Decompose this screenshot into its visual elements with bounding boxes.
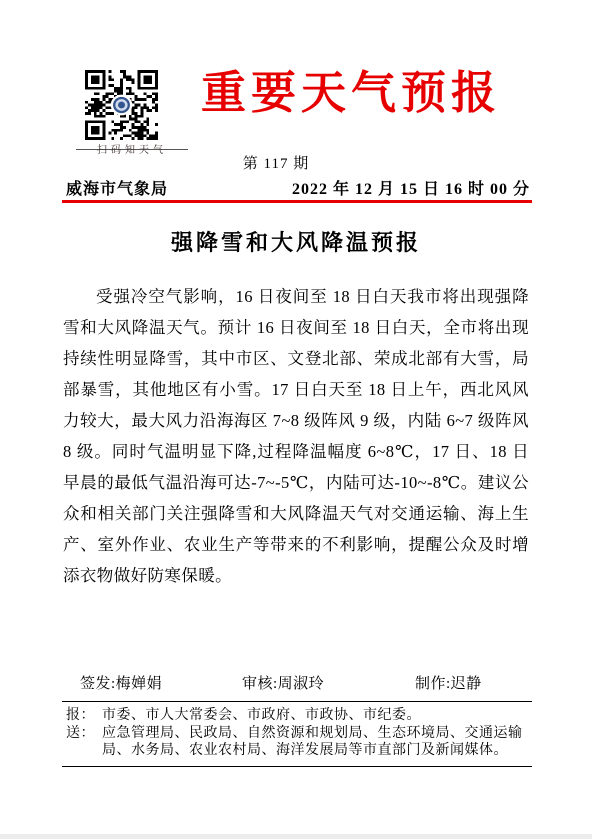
signoff-producer: 制作:迟静: [415, 672, 482, 693]
masthead-title: 重要天气预报: [162, 68, 540, 120]
forecast-title: 强降雪和大风降温预报: [0, 226, 592, 257]
issuer-label: 签发:: [80, 676, 116, 692]
issue-datetime: 2022 年 12 月 15 日 16 时 00 分: [292, 176, 530, 199]
qr-caption-text: 扫码知天气: [97, 145, 167, 156]
producer-label: 制作:: [415, 676, 451, 692]
signoff-reviewer: 审核:周淑玲: [242, 672, 324, 693]
send-content: 应急管理局、民政局、自然资源和规划局、生态环境局、交通运输局、水务局、农业农村局…: [102, 725, 532, 760]
page-bottom-edge: [0, 834, 592, 839]
signoff-issuer: 签发:梅婵娟: [80, 672, 162, 693]
qr-code-icon: [85, 70, 158, 140]
report-content: 市委、市人大常委会、市政府、市政协、市纪委。: [102, 707, 532, 725]
distribution-box: 报： 市委、市人大常委会、市政府、市政协、市纪委。 送： 应急管理局、民政局、自…: [62, 701, 532, 767]
issue-number: 第 117 期: [0, 152, 552, 173]
distribution-send-row: 送： 应急管理局、民政局、自然资源和规划局、生态环境局、交通运输局、水务局、农业…: [66, 725, 532, 760]
signoff-row: 签发:梅婵娟 审核:周淑玲 制作:迟静: [0, 672, 592, 692]
reviewer-label: 审核:: [242, 676, 278, 692]
forecast-body: 受强冷空气影响，16 日夜间至 18 日白天我市将出现强降雪和大风降温天气。预计…: [63, 281, 529, 591]
reviewer-name: 周淑玲: [278, 676, 325, 692]
producer-name: 迟静: [451, 676, 482, 692]
agency-row: 威海市气象局 2022 年 12 月 15 日 16 时 00 分: [66, 176, 530, 199]
masthead-red-rule: [62, 200, 532, 203]
send-label: 送：: [66, 725, 102, 760]
weather-bulletin-page: 扫码知天气 重要天气预报 第 117 期 威海市气象局 2022 年 12 月 …: [0, 0, 592, 839]
issuer-name: 梅婵娟: [116, 676, 163, 692]
agency-name: 威海市气象局: [66, 176, 168, 199]
qr-code: [85, 70, 158, 140]
distribution-report-row: 报： 市委、市人大常委会、市政府、市政协、市纪委。: [66, 707, 532, 725]
report-label: 报：: [66, 707, 102, 725]
